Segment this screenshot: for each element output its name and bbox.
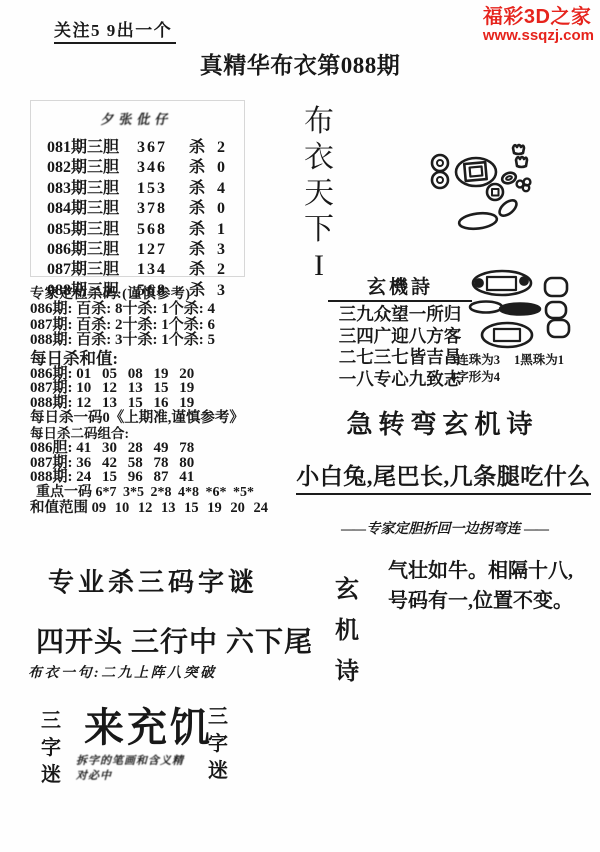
position-kill-row: 087期: 百杀: 2十杀: 1个杀: 6	[30, 318, 292, 334]
buyi-tianxia-title: 布 衣 天 下 I	[301, 104, 337, 284]
daily-kill-two-row: 087期: 36 42 58 78 80	[30, 456, 292, 471]
three-char-riddle-label-right: 三 字 迷	[205, 704, 231, 785]
page-title: 真精华布衣第088期	[0, 47, 600, 80]
sharp-turn-title: 急转弯玄机诗	[300, 404, 585, 441]
daily-kill-two-row: 086胆: 41 30 28 49 78	[30, 441, 292, 456]
xuanji-poem-line: 三九众望一所归	[326, 304, 474, 326]
position-kill-row: 086期: 百杀: 8十杀: 1个杀: 4	[30, 302, 292, 318]
daily-kill-sum-row: 087期: 10 12 13 15 19	[30, 381, 292, 396]
dan-history-rows: 081期三胆367杀2 082期三胆346杀0 083期三胆153杀4 084期…	[31, 138, 244, 301]
mystery-poem-text: 气壮如牛。相隔十八, 号码有一,位置不变。	[388, 556, 573, 616]
sum-range-row: 和值范围 09 10 12 13 15 19 20 24	[30, 500, 292, 516]
position-kill-title: 专家定位杀码:(谨慎参考)	[30, 287, 292, 302]
daily-kill-sum-row: 086期: 01 05 08 19 20	[30, 367, 292, 382]
brand-name: 福彩3D之家	[483, 6, 594, 28]
kill-three-codes-title: 专业杀三码字谜	[48, 562, 258, 599]
lottery-prediction-sheet: 关注5 9出一个 福彩3D之家 www.ssqzj.com 真精华布衣第088期…	[0, 0, 600, 852]
daily-kill-two-row: 088期: 24 15 96 87 41	[30, 470, 292, 485]
dan-box-header-glyphs: 夕张仳仔	[29, 109, 245, 128]
three-char-riddle-label-left: 三 字 迷	[38, 708, 64, 789]
three-char-riddle-answer: 来充饥	[84, 696, 213, 753]
sharp-turn-riddle: 小白兔,尾巴长,几条腿吃什么	[296, 458, 591, 495]
kill-three-codes-line: 四开头 三行中 六下尾	[36, 620, 313, 660]
key-one-code-row: 重点一码 6*7 3*5 2*8 4*8 *6* *5*	[30, 485, 292, 501]
xuanji-poem-title: 玄機詩	[328, 272, 472, 302]
buyi-sentence: 布衣一句:二九上阵八突破	[28, 662, 217, 682]
bead-puzzle-drawing-icon	[462, 268, 577, 352]
site-brand: 福彩3D之家 www.ssqzj.com	[483, 6, 594, 45]
table-row: 084期三胆378杀0	[47, 199, 244, 219]
daily-kill-sum-row: 088期: 12 13 15 16 19	[30, 396, 292, 411]
kill-section: 专家定位杀码:(谨慎参考) 086期: 百杀: 8十杀: 1个杀: 4 087期…	[30, 287, 292, 516]
xuanji-poem-line: 三四广迎八方客	[326, 326, 474, 348]
daily-kill-two-title: 每日杀二码组合:	[30, 426, 292, 441]
table-row: 087期三胆134杀2	[47, 260, 244, 280]
mystery-poem-label: 玄 机 诗	[332, 570, 362, 693]
three-char-riddle-note: 拆字的笔画和含义精 对必中	[76, 754, 184, 784]
table-row: 082期三胆346杀0	[47, 158, 244, 178]
focus-note: 关注5 9出一个	[54, 16, 176, 44]
brand-url: www.ssqzj.com	[483, 28, 594, 45]
table-row: 085期三胆568杀1	[47, 220, 244, 240]
daily-kill-sum-title: 每日杀和值:	[30, 350, 292, 367]
table-row: 083期三胆153杀4	[47, 179, 244, 199]
dan-history-box: 夕张仳仔 081期三胆367杀2 082期三胆346杀0 083期三胆153杀4…	[30, 100, 245, 277]
coin-puzzle-drawing-icon	[416, 136, 546, 236]
bead-caption: 3连珠为31黑珠为1 4字形为4	[450, 352, 600, 386]
sharp-turn-hint: —— 专家定胆折回一边拐弯连 ——	[296, 518, 591, 538]
daily-kill-one-code: 每日杀一码0《上期准,谨慎参考》	[30, 410, 292, 426]
table-row: 081期三胆367杀2	[47, 138, 244, 158]
table-row: 086期三胆127杀3	[47, 240, 244, 260]
position-kill-row: 088期: 百杀: 3十杀: 1个杀: 5	[30, 333, 292, 349]
